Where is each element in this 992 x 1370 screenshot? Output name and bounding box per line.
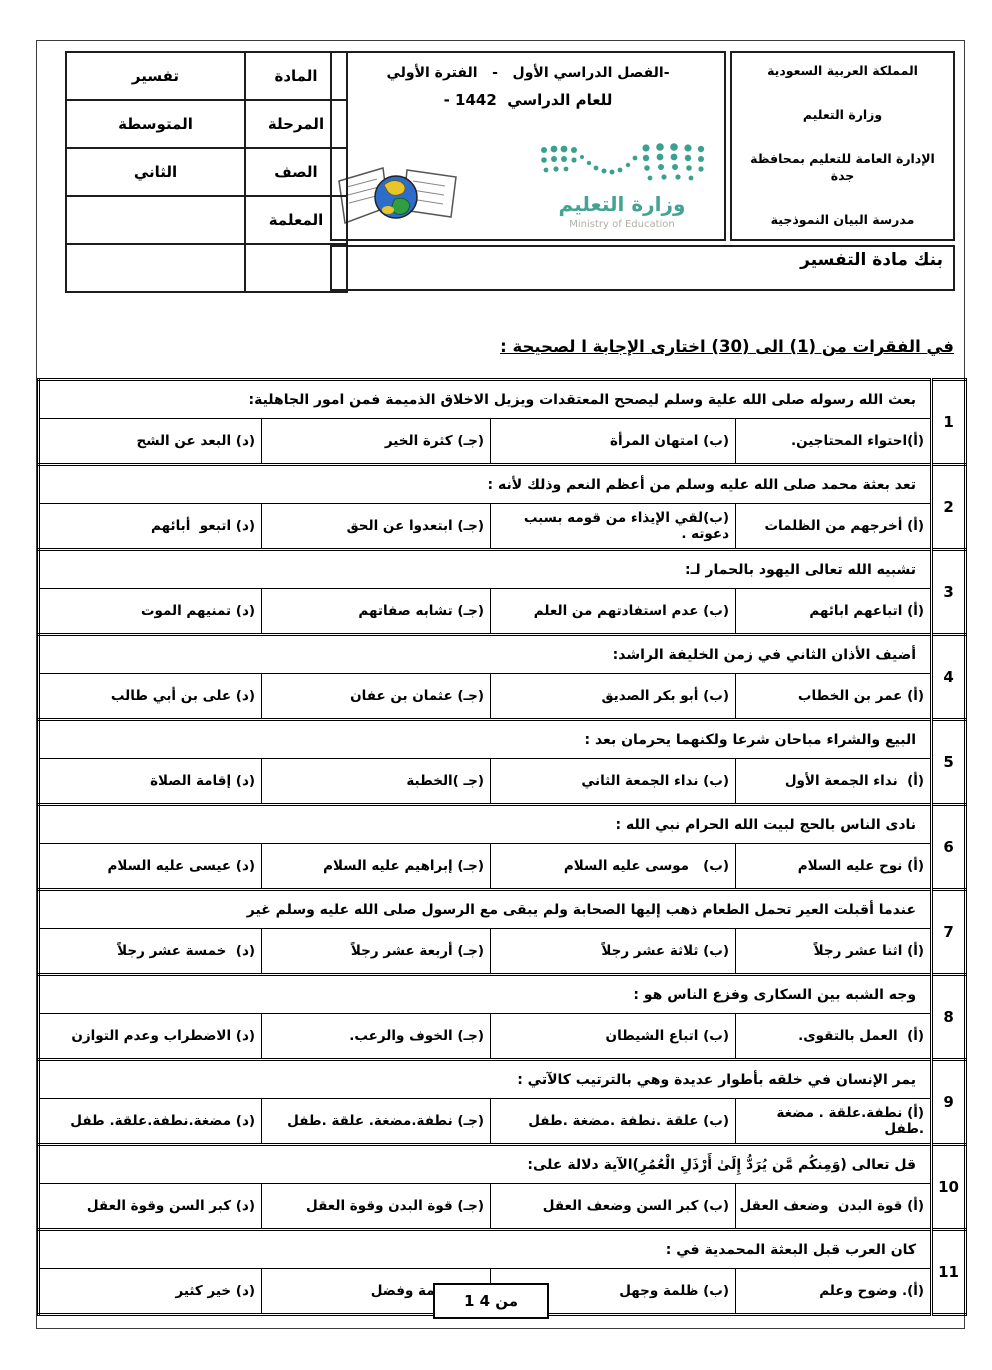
question-block: 7عندما أقبلت العير تحمل الطعام ذهب إليها… bbox=[39, 890, 966, 975]
option-a: (أ) اتباعهم ابائهم bbox=[736, 589, 932, 635]
question-text: وجه الشبه بين السكارى وفزع الناس هو : bbox=[39, 975, 932, 1014]
question-text: أضيف الأذان الثاني في زمن الخليفة الراشد… bbox=[39, 635, 932, 674]
option-a: (أ) أخرجهم من الظلمات bbox=[736, 504, 932, 550]
question-number: 5 bbox=[932, 720, 966, 805]
option-c: (جـ )الخطبة bbox=[262, 759, 491, 805]
option-a: (أ) نداء الجمعة الأول bbox=[736, 759, 932, 805]
option-d: (د) اتبعو أبائهم bbox=[39, 504, 262, 550]
question-block: 5البيع والشراء مباحان شرعا ولكنهما يحرما… bbox=[39, 720, 966, 805]
question-number: 8 bbox=[932, 975, 966, 1060]
bank-title-box: بنك مادة التفسير bbox=[330, 245, 955, 291]
question-text: كان العرب قبل البعثة المحمدية في : bbox=[39, 1230, 932, 1269]
bank-title: بنك مادة التفسير bbox=[800, 250, 943, 270]
questions-table: 1بعث الله رسوله صلى الله علية وسلم ليصحح… bbox=[37, 378, 967, 1316]
option-c: (جـ) ابتعدوا عن الحق bbox=[262, 504, 491, 550]
info-row bbox=[66, 244, 347, 292]
option-b: (ب)لقي الإيذاء من قومه بسبب دعوته . bbox=[491, 504, 736, 550]
question-number: 6 bbox=[932, 805, 966, 890]
option-d: (د) على بن أبي طالب bbox=[39, 674, 262, 720]
question-text: نادى الناس بالحج لبيت الله الحرام نبي ال… bbox=[39, 805, 932, 844]
question-text: عندما أقبلت العير تحمل الطعام ذهب إليها … bbox=[39, 890, 932, 929]
info-value bbox=[66, 244, 245, 292]
option-a: (أ) العمل بالتقوى. bbox=[736, 1014, 932, 1060]
option-d: (د) كبر السن وقوة العقل bbox=[39, 1184, 262, 1230]
option-c: (جـ) عثمان بن عفان bbox=[262, 674, 491, 720]
question-block: 8وجه الشبه بين السكارى وفزع الناس هو :(أ… bbox=[39, 975, 966, 1060]
ministry-info-line: وزارة التعليم bbox=[738, 107, 947, 124]
info-label: المرحلة bbox=[245, 100, 347, 148]
question-block: 10قل تعالى (وَمِنكُم مَّن يُرَدُّ إِلَىٰ… bbox=[39, 1145, 966, 1230]
question-text: قل تعالى (وَمِنكُم مَّن يُرَدُّ إِلَىٰ أ… bbox=[39, 1145, 932, 1184]
option-b: (ب) اتباع الشيطان bbox=[491, 1014, 736, 1060]
question-number: 9 bbox=[932, 1060, 966, 1145]
footer-page-box: 1 من 4 bbox=[433, 1283, 549, 1319]
ministry-info-line: المملكة العربية السعودية bbox=[738, 63, 947, 80]
info-value: تفسير bbox=[66, 52, 245, 100]
option-d: (د) الاضطراب وعدم التوازن bbox=[39, 1014, 262, 1060]
question-block: 2تعد بعثة محمد صلى الله عليه وسلم من أعظ… bbox=[39, 465, 966, 550]
option-d: (د) خمسة عشر رجلاً bbox=[39, 929, 262, 975]
option-c: (جـ) كثرة الخير bbox=[262, 419, 491, 465]
option-b: (ب) أبو بكر الصديق bbox=[491, 674, 736, 720]
option-a: (أ) قوة البدن وضعف العقل bbox=[736, 1184, 932, 1230]
question-number: 2 bbox=[932, 465, 966, 550]
question-number: 7 bbox=[932, 890, 966, 975]
question-number: 10 bbox=[932, 1145, 966, 1230]
subject-info-table: المادة تفسير المرحلة المتوسطة الصف الثان… bbox=[65, 51, 348, 293]
option-b: (ب) امتهان المرأة bbox=[491, 419, 736, 465]
option-b: (ب) عدم استفادتهم من العلم bbox=[491, 589, 736, 635]
info-label: المادة bbox=[245, 52, 347, 100]
option-c: (جـ) إبراهيم عليه السلام bbox=[262, 844, 491, 890]
info-label: المعلمة bbox=[245, 196, 347, 244]
question-block: 9يمر الإنسان في خلقه بأطوار عديدة وهي با… bbox=[39, 1060, 966, 1145]
exam-session-line: -الفصل الدراسي الأول - الفترة الأولي bbox=[332, 65, 724, 81]
option-c: (جـ) الخوف والرعب. bbox=[262, 1014, 491, 1060]
question-text: تعد بعثة محمد صلى الله عليه وسلم من أعظم… bbox=[39, 465, 932, 504]
moe-logo-subtext: Ministry of Education bbox=[569, 219, 674, 230]
option-d: (د) عيسى عليه السلام bbox=[39, 844, 262, 890]
option-c: (جـ) قوة البدن وقوة العقل bbox=[262, 1184, 491, 1230]
info-row: المرحلة المتوسطة bbox=[66, 100, 347, 148]
exam-page: المملكة العربية السعودية وزارة التعليم ا… bbox=[0, 0, 992, 1370]
question-text: يمر الإنسان في خلقه بأطوار عديدة وهي بال… bbox=[39, 1060, 932, 1099]
option-a: (أ) نطفة.علقة . مضغة .طفل bbox=[736, 1099, 932, 1145]
option-a: (أ) عمر بن الخطاب bbox=[736, 674, 932, 720]
option-b: (ب) نداء الجمعة الثاني bbox=[491, 759, 736, 805]
footer-page-label: 1 من 4 bbox=[464, 1292, 518, 1310]
exam-year-line: للعام الدراسي 1442 - bbox=[332, 91, 724, 109]
info-label: الصف bbox=[245, 148, 347, 196]
option-d: (د) إقامة الصلاة bbox=[39, 759, 262, 805]
question-block: 6نادى الناس بالحج لبيت الله الحرام نبي ا… bbox=[39, 805, 966, 890]
question-block: 1بعث الله رسوله صلى الله علية وسلم ليصحح… bbox=[39, 380, 966, 465]
option-d: (د) تمنيهم الموت bbox=[39, 589, 262, 635]
info-row: المادة تفسير bbox=[66, 52, 347, 100]
info-value: المتوسطة bbox=[66, 100, 245, 148]
option-a: (أ)احتواء المحتاجين. bbox=[736, 419, 932, 465]
ministry-of-education-logo-icon: وزارة التعليم Ministry of Education bbox=[534, 141, 710, 241]
info-row: المعلمة bbox=[66, 196, 347, 244]
option-b: (ب) موسى عليه السلام bbox=[491, 844, 736, 890]
school-logo-icon bbox=[337, 165, 459, 237]
info-value bbox=[66, 196, 245, 244]
option-d: (د) خير كثير bbox=[39, 1269, 262, 1315]
question-number: 3 bbox=[932, 550, 966, 635]
option-a: (أ). وضوح وعلم bbox=[736, 1269, 932, 1315]
ministry-info-line: الإدارة العامة للتعليم بمحافظة جدة bbox=[738, 151, 947, 185]
option-a: (أ) نوح عليه السلام bbox=[736, 844, 932, 890]
option-b: (ب) ثلاثة عشر رجلاً bbox=[491, 929, 736, 975]
info-value: الثاني bbox=[66, 148, 245, 196]
ministry-info-line: مدرسة البيان النموذجية bbox=[738, 212, 947, 229]
question-text: البيع والشراء مباحان شرعا ولكنهما يحرمان… bbox=[39, 720, 932, 759]
option-d: (د) البعد عن الشح bbox=[39, 419, 262, 465]
info-row: الصف الثاني bbox=[66, 148, 347, 196]
question-block: 4أضيف الأذان الثاني في زمن الخليفة الراش… bbox=[39, 635, 966, 720]
question-text: تشبيه الله تعالى اليهود بالحمار لـ: bbox=[39, 550, 932, 589]
exam-info-box: -الفصل الدراسي الأول - الفترة الأولي للع… bbox=[330, 51, 726, 241]
option-c: (جـ) نطفة.مضغة. علقة .طفل bbox=[262, 1099, 491, 1145]
question-text: بعث الله رسوله صلى الله علية وسلم ليصحح … bbox=[39, 380, 932, 419]
option-c: (جـ) تشابه صفاتهم bbox=[262, 589, 491, 635]
question-block: 3تشبيه الله تعالى اليهود بالحمار لـ:(أ) … bbox=[39, 550, 966, 635]
option-b: (ب) كبر السن وضعف العقل bbox=[491, 1184, 736, 1230]
option-b: (ب) علقة .نطفة .مضغة .طفل bbox=[491, 1099, 736, 1145]
option-a: (أ) اثنا عشر رجلاً bbox=[736, 929, 932, 975]
question-number: 1 bbox=[932, 380, 966, 465]
option-d: (د) مضغة.نطفة.علقة. طفل bbox=[39, 1099, 262, 1145]
moe-logo-text: وزارة التعليم bbox=[559, 192, 686, 216]
question-number: 4 bbox=[932, 635, 966, 720]
ministry-info-box: المملكة العربية السعودية وزارة التعليم ا… bbox=[730, 51, 955, 241]
option-c: (جـ) أربعة عشر رجلاً bbox=[262, 929, 491, 975]
instruction-heading: في الفقرات من (1) الى (30) اختارى الإجاب… bbox=[500, 337, 954, 356]
question-number: 11 bbox=[932, 1230, 966, 1315]
